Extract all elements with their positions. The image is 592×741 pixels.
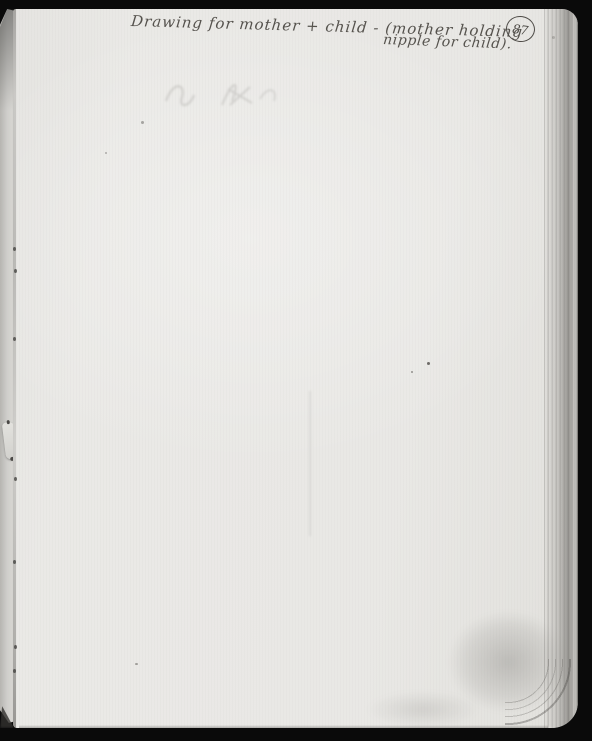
- paper-speck: [411, 371, 413, 373]
- crease-speck: [13, 337, 16, 341]
- paper-speck: [141, 121, 144, 124]
- photo-background: Drawing for mother + child - (mother hol…: [0, 0, 592, 741]
- crease-speck: [13, 560, 16, 564]
- crease-speck: [14, 269, 17, 273]
- page-stack-corner-arcs: [505, 659, 578, 728]
- paper-speck: [135, 663, 138, 665]
- sketchbook-page: Drawing for mother + child - (mother hol…: [13, 9, 578, 728]
- paper-smudge: [353, 687, 493, 728]
- crease-speck: [14, 645, 17, 649]
- paper-speck: [105, 152, 107, 154]
- page-number: 87: [512, 20, 530, 37]
- crease-speck: [13, 247, 16, 251]
- paper-streak: [309, 391, 311, 536]
- ghost-show-through-marks: [160, 71, 290, 123]
- paper-speck: [427, 362, 430, 365]
- crease-speck: [14, 477, 17, 481]
- page-stack-fore-edge: [544, 9, 578, 728]
- binding-crease: [13, 9, 16, 728]
- crease-speck: [13, 669, 16, 673]
- page-bottom-edge: [19, 725, 548, 728]
